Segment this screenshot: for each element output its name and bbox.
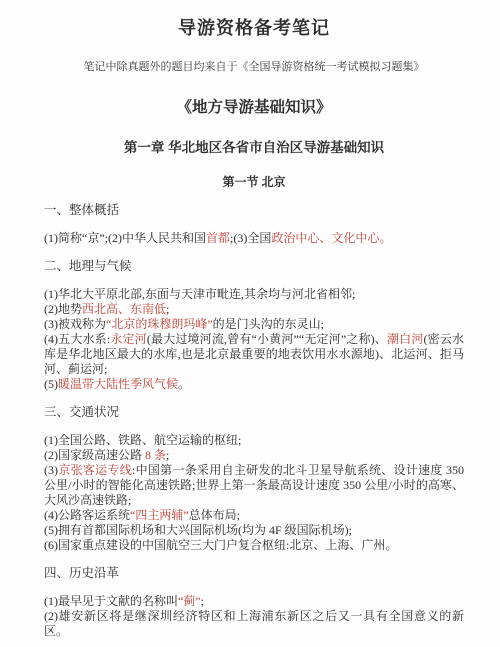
note-paragraph: (1)全国公路、铁路、航空运输的枢纽; <box>44 433 464 448</box>
text-run: (1)最早见于文献的名称叫 <box>44 594 178 608</box>
page-title: 导游资格备考笔记 <box>44 14 464 40</box>
note-paragraph: (6)国家重点建设的中国航空三大门户复合枢纽:北京、上海、广州。 <box>44 538 464 553</box>
note-paragraph: (4)五大水系:永定河(最大过境河流,曾有“小黄河”“无定河”之称)、潮白河(密… <box>44 332 464 377</box>
highlight-run: 8 条 <box>145 448 166 462</box>
highlight-run: “四主两辅” <box>130 508 189 522</box>
section-heading: 四、历史沿革 <box>44 566 464 581</box>
note-paragraph: (2)雄安新区将是继深圳经济特区和上海浦东新区之后又一具有全国意义的新区。 <box>44 609 464 639</box>
text-run: 。 <box>178 377 190 391</box>
text-run: (1)简称“京”;(2)中华人民共和国 <box>44 231 206 245</box>
section-title: 第一节 北京 <box>44 173 464 190</box>
highlight-run: “北京的珠穆朗玛峰” <box>106 317 213 331</box>
text-run: (4)五大水系: <box>44 332 110 346</box>
note-content: 一、整体概括(1)简称“京”;(2)中华人民共和国首都;(3)全国政治中心、文化… <box>44 203 464 639</box>
note-paragraph: (1)最早见于文献的名称叫“蓟”; <box>44 594 464 609</box>
text-run: (1)全国公路、铁路、航空运输的枢纽; <box>44 433 241 447</box>
text-run: (5)拥有首都国际机场和大兴国际机场(均为 4F 级国际机场); <box>44 523 352 537</box>
document-page: 导游资格备考笔记 笔记中除真题外的题目均来自于《全国导游资格统一考试模拟习题集》… <box>0 0 500 647</box>
note-paragraph: (3)被戏称为“北京的珠穆朗玛峰”的是门头沟的东灵山; <box>44 317 464 332</box>
text-run: ; <box>166 302 169 316</box>
chapter-title: 第一章 华北地区各省市自治区导游基础知识 <box>44 136 464 156</box>
text-run: 的是门头沟的东灵山; <box>213 317 324 331</box>
book-title: 《地方导游基础知识》 <box>44 95 464 117</box>
note-paragraph: (5)暖温带大陆性季风气候。 <box>44 377 464 392</box>
highlight-run: 暖温带大陆性季风气候 <box>58 377 178 391</box>
section-heading: 一、整体概括 <box>44 203 464 218</box>
text-run: (3) <box>44 463 58 477</box>
note-paragraph: (3)京张客运专线:中国第一条采用自主研发的北斗卫星导航系统、设计速度 350 … <box>44 463 464 508</box>
highlight-run: 首都 <box>206 231 230 245</box>
text-run: (2)雄安新区将是继深圳经济特区和上海浦东新区之后又一具有全国意义的新区。 <box>44 609 464 638</box>
highlight-run: 京张客运专线 <box>58 463 132 477</box>
highlight-run: “蓟” <box>178 594 201 608</box>
note-paragraph: (2)国家级高速公路 8 条; <box>44 448 464 463</box>
text-run: 总体布局; <box>189 508 240 522</box>
section-heading: 三、交通状况 <box>44 405 464 420</box>
highlight-run: 永定河 <box>110 332 147 346</box>
note-paragraph: (1)简称“京”;(2)中华人民共和国首都;(3)全国政治中心、文化中心。 <box>44 231 464 246</box>
note-paragraph: (4)公路客运系统“四主两辅”总体布局; <box>44 508 464 523</box>
note-paragraph: (2)地势西北高、东南低; <box>44 302 464 317</box>
subtitle: 笔记中除真题外的题目均来自于《全国导游资格统一考试模拟习题集》 <box>44 58 464 74</box>
text-run: (5) <box>44 377 58 391</box>
text-run: ;(3)全国 <box>230 231 271 245</box>
text-run: (4)公路客运系统 <box>44 508 130 522</box>
text-run: (2)国家级高速公路 <box>44 448 145 462</box>
text-run: (最大过境河流,曾有“小黄河”“无定河”之称)、 <box>147 332 387 346</box>
highlight-run: 潮白河 <box>387 332 424 346</box>
highlight-run: 政治中心、文化中心。 <box>271 231 391 245</box>
text-run: (6)国家重点建设的中国航空三大门户复合枢纽:北京、上海、广州。 <box>44 538 397 552</box>
note-paragraph: (1)华北大平原北部,东面与天津市毗连,其余均与河北省相邻; <box>44 287 464 302</box>
text-run: (3)被戏称为 <box>44 317 106 331</box>
text-run: (2)地势 <box>44 302 82 316</box>
text-run: ; <box>201 594 204 608</box>
text-run: ; <box>166 448 169 462</box>
note-paragraph: (5)拥有首都国际机场和大兴国际机场(均为 4F 级国际机场); <box>44 523 464 538</box>
highlight-run: 西北高、东南低 <box>82 302 166 316</box>
section-heading: 二、地理与气候 <box>44 259 464 274</box>
text-run: (1)华北大平原北部,东面与天津市毗连,其余均与河北省相邻; <box>44 287 355 301</box>
